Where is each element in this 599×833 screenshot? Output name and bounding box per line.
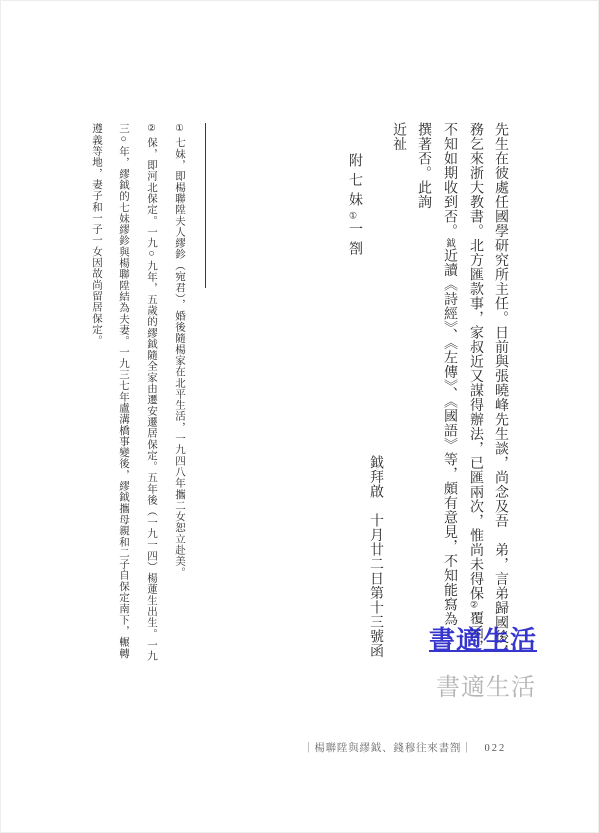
book-page: 先生在彼處任國學研究所主任。日前與張曉峰先生談，尚念及吾 弟，言弟歸國後， 務乞…	[0, 0, 599, 833]
letter-column-1-text: 先生在彼處任國學研究所主任。日前與張曉峰先生談，尚念及吾 弟，言弟歸國後，	[493, 122, 508, 659]
watermark-gray: 書適生活	[436, 667, 536, 702]
letter-column-3: 不知如期收到否。鉞近讀《詩經》、《左傳》、《國語》等，頗有意見，不知能寫為	[436, 122, 462, 670]
footer-book-title: 楊聯陞與繆鉞、錢穆往來書劄	[314, 743, 461, 754]
footer-separator-right: ｜	[461, 743, 472, 754]
footnote-text-2: 保，即河北保定。一九○九年，五歲的繆鉞隨全家由遷安遷居保定。五年後（一九一四）楊…	[91, 123, 157, 662]
footnote-text-1: 七妹，即楊聯陞夫人繆鉁（宛君），婚後隨楊家在北平生活，一九四八年攜二女恕立赴美。	[174, 137, 185, 578]
letter-column-4-text: 撰著否。此詢	[416, 122, 431, 209]
postscript-column: 附七妹①一劄	[343, 122, 365, 670]
page-footer: ｜楊聯陞與繆鉞、錢穆往來書劄｜022	[303, 740, 506, 755]
footnotes-block: ①七妹，即楊聯陞夫人繆鉁（宛君），婚後隨楊家在北平生活，一九四八年攜二女恕立赴美…	[83, 123, 193, 668]
postscript-text: 附七妹	[347, 153, 362, 212]
footnote-divider-line	[205, 123, 206, 288]
footnote-marker-2: ②	[146, 123, 156, 134]
footnote-ref-2: ②	[470, 601, 480, 611]
letter-column-3-text-end: 近讀《詩經》、《左傳》、《國語》等，頗有意見，不知能寫為	[442, 248, 457, 626]
sender-name-small: 鉞	[444, 238, 454, 248]
letter-column-5-text: 近祉	[391, 122, 406, 151]
letter-column-3-text: 不知如期收到否。	[442, 122, 457, 238]
footnote-marker-1: ①	[174, 123, 184, 134]
footnote-entry-2: ②保，即河北保定。一九○九年，五歲的繆鉞隨全家由遷安遷居保定。五年後（一九一四）…	[83, 123, 165, 668]
letter-body: 先生在彼處任國學研究所主任。日前與張曉峰先生談，尚念及吾 弟，言弟歸國後， 務乞…	[343, 122, 513, 670]
footer-page-number: 022	[485, 743, 507, 754]
watermark-blue: 書適生活	[429, 620, 537, 657]
footnote-entry-1: ①七妹，即楊聯陞夫人繆鉁（宛君），婚後隨楊家在北平生活，一九四八年攜二女恕立赴美…	[165, 123, 193, 668]
footer-separator-left: ｜	[303, 743, 314, 754]
letter-column-5: 近祉	[386, 122, 411, 670]
letter-column-2: 務乞來浙大教書。北方匯款事，家叔近又謀得辦法，已匯兩次，惟尚未得保②覆函，	[462, 122, 488, 670]
signature-column: 鉞拜啟 十月廿二日第十三號函	[365, 122, 386, 670]
letter-column-2-text: 務乞來浙大教書。北方匯款事，家叔近又謀得辦法，已匯兩次，惟尚未得保	[468, 122, 483, 601]
letter-column-1: 先生在彼處任國學研究所主任。日前與張曉峰先生談，尚念及吾 弟，言弟歸國後，	[488, 122, 513, 670]
postscript-text-end: 一劄	[347, 222, 362, 261]
footnote-ref-1: ①	[349, 212, 359, 222]
letter-column-4: 撰著否。此詢	[411, 122, 436, 670]
signature-text: 鉞拜啟 十月廿二日第十三號函	[368, 455, 383, 658]
